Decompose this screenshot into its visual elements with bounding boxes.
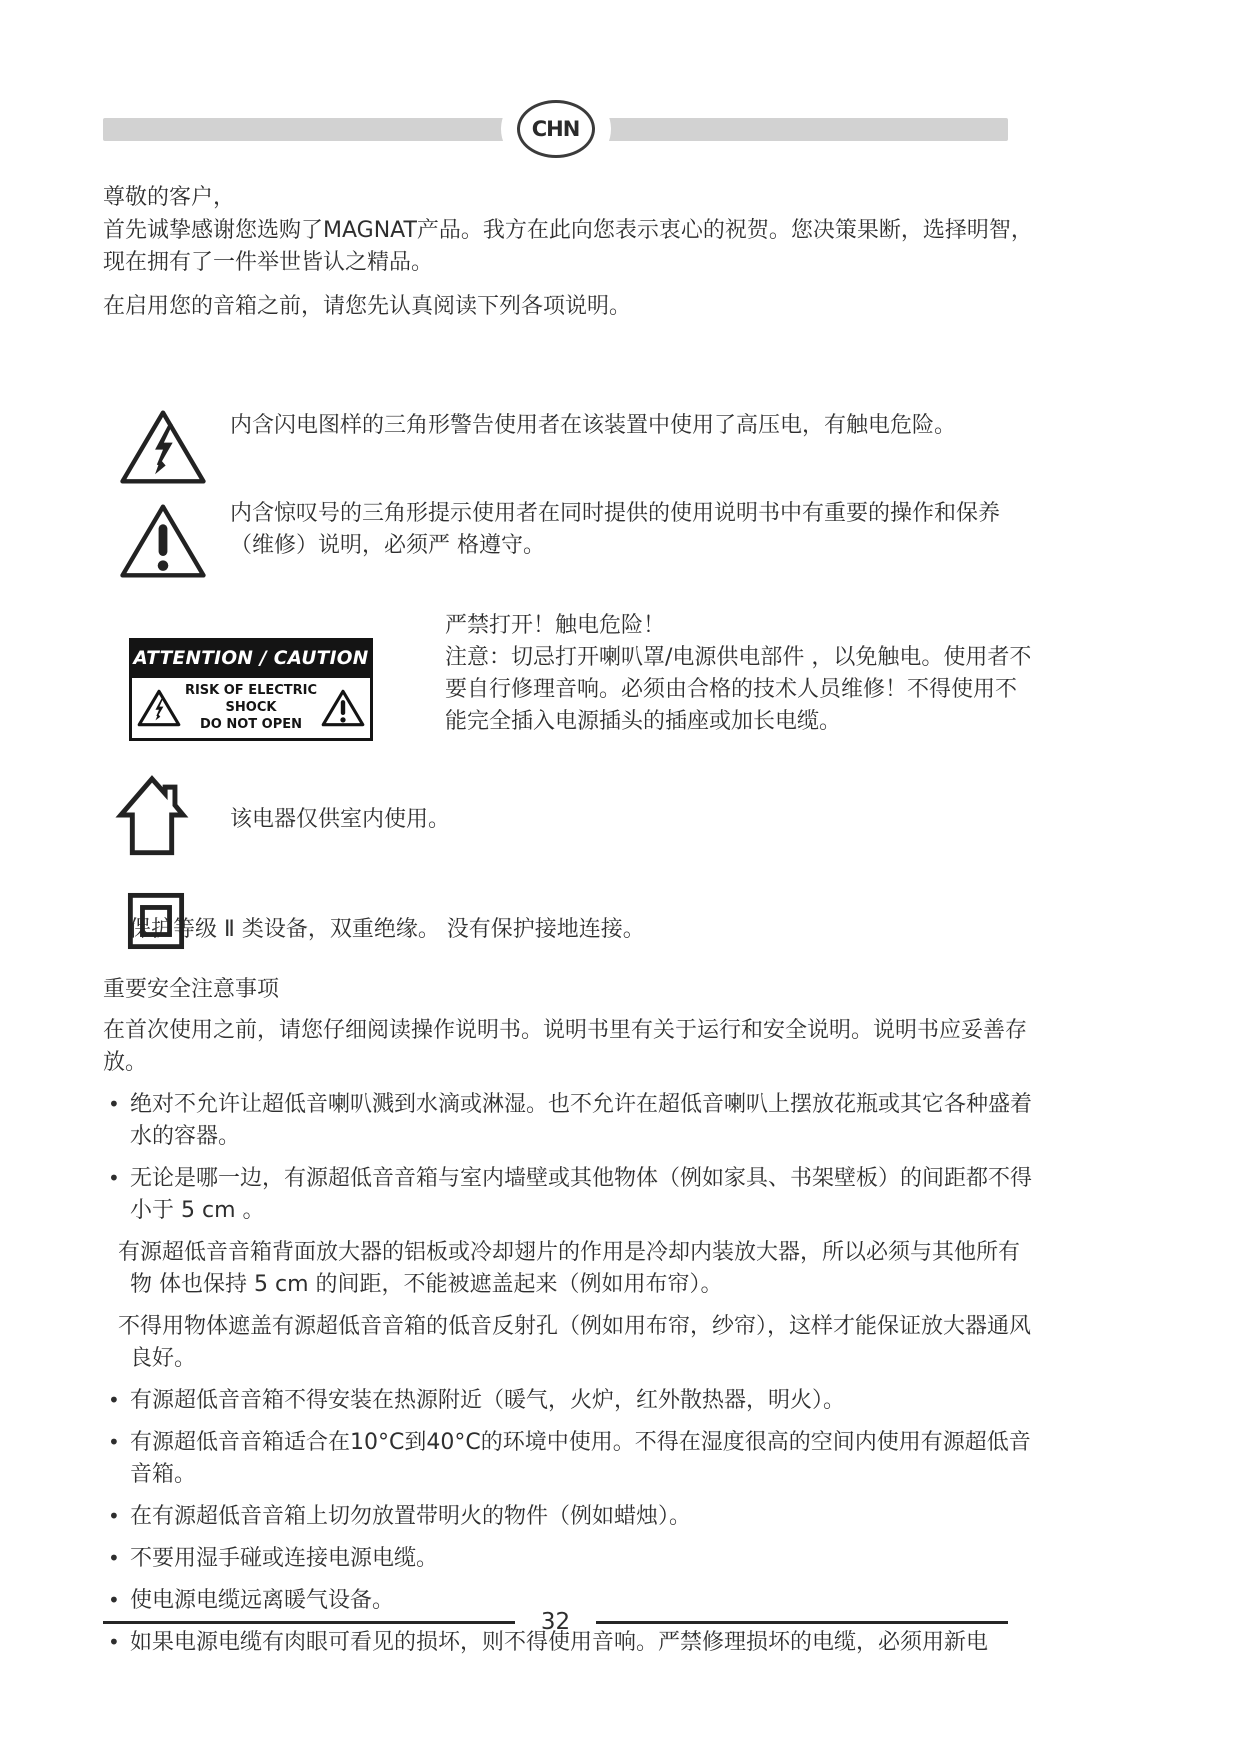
bullet-marker: • bbox=[108, 1088, 120, 1120]
house-icon bbox=[103, 772, 230, 858]
warning-text-exclamation: 内含惊叹号的三角形提示使用者在同时提供的使用说明书中有重要的操作和保养（维修）说… bbox=[230, 496, 1035, 562]
safety-list-item: •绝对不允许让超低音喇叭溅到水滴或淋湿。也不允许在超低音喇叭上摆放花瓶或其它各种… bbox=[103, 1089, 1035, 1153]
safety-section: 重要安全注意事项 在首次使用之前，请您仔细阅读操作说明书。说明书里有关于运行和安… bbox=[103, 974, 1035, 1659]
bullet-marker: • bbox=[108, 1426, 120, 1458]
caution-text-block: 严禁打开！触电危险！ 注意：切忌打开喇叭罩/电源供电部件 ，以免触电。使用者不要… bbox=[445, 610, 1035, 738]
bullet-marker: • bbox=[108, 1500, 120, 1532]
class2-section: 保护等级 Ⅱ 类设备，双重绝缘。 没有保护接地连接。 bbox=[103, 892, 1035, 956]
caution-box-title: ATTENTION / CAUTION bbox=[132, 641, 370, 678]
chn-language-badge: CHN bbox=[517, 100, 595, 158]
bullet-marker: • bbox=[108, 1162, 120, 1194]
lightning-triangle-icon bbox=[103, 408, 230, 486]
footer-rule-left bbox=[103, 1621, 515, 1624]
chn-badge-label: CHN bbox=[532, 117, 580, 141]
safety-list: •绝对不允许让超低音喇叭溅到水滴或淋湿。也不允许在超低音喇叭上摆放花瓶或其它各种… bbox=[103, 1089, 1035, 1659]
safety-list-item: •有源超低音音箱不得安装在热源附近（暖气，火炉，红外散热器，明火）。 bbox=[103, 1385, 1035, 1417]
footer-rule-right bbox=[596, 1621, 1008, 1624]
bullet-marker: • bbox=[108, 1384, 120, 1416]
warning-row-lightning: 内含闪电图样的三角形警告使用者在该装置中使用了高压电，有触电危险。 bbox=[103, 408, 1035, 486]
intro-section: 尊敬的客户， 首先诚挚感谢您选购了MAGNAT产品。我方在此向您表示衷心的祝贺。… bbox=[103, 182, 1035, 323]
caution-box-line1: RISK OF ELECTRIC SHOCK bbox=[181, 682, 321, 716]
exclamation-triangle-icon bbox=[321, 688, 365, 728]
caution-text-line2: 注意：切忌打开喇叭罩/电源供电部件 ，以免触电。使用者不要自行修理音响。必须由合… bbox=[445, 642, 1035, 738]
indoor-use-text: 该电器仅供室内使用。 bbox=[230, 772, 450, 836]
caution-box: ATTENTION / CAUTION RISK OF ELECTRIC SHO… bbox=[129, 638, 373, 741]
safety-list-item: •无论是哪一边，有源超低音音箱与室内墙壁或其他物体（例如家具、书架壁板）的间距都… bbox=[103, 1163, 1035, 1227]
double-square-class2-icon bbox=[127, 892, 185, 950]
header-bar: CHN bbox=[103, 118, 1008, 141]
intro-paragraph-1: 首先诚挚感谢您选购了MAGNAT产品。我方在此向您表示衷心的祝贺。您决策果断，选… bbox=[103, 215, 1035, 279]
caution-section: ATTENTION / CAUTION RISK OF ELECTRIC SHO… bbox=[103, 610, 1035, 741]
page-footer: 32 bbox=[103, 1606, 1008, 1638]
exclamation-triangle-icon bbox=[103, 496, 230, 580]
safety-intro: 在首次使用之前，请您仔细阅读操作说明书。说明书里有关于运行和安全说明。说明书应妥… bbox=[103, 1015, 1035, 1079]
warning-text-lightning: 内含闪电图样的三角形警告使用者在该装置中使用了高压电，有触电危险。 bbox=[230, 408, 1035, 442]
safety-list-item: 有源超低音音箱背面放大器的铝板或冷却翅片的作用是冷却内装放大器，所以必须与其他所… bbox=[103, 1237, 1035, 1301]
greeting-text: 尊敬的客户， bbox=[103, 182, 1035, 214]
intro-paragraph-2: 在启用您的音箱之前，请您先认真阅读下列各项说明。 bbox=[103, 291, 1035, 323]
bullet-marker: • bbox=[108, 1542, 120, 1574]
safety-list-item: 不得用物体遮盖有源超低音音箱的低音反射孔（例如用布帘，纱帘），这样才能保证放大器… bbox=[103, 1311, 1035, 1375]
page-number: 32 bbox=[541, 1606, 570, 1638]
indoor-use-section: 该电器仅供室内使用。 bbox=[103, 772, 1035, 858]
safety-title: 重要安全注意事项 bbox=[103, 974, 1035, 1006]
warning-row-exclamation: 内含惊叹号的三角形提示使用者在同时提供的使用说明书中有重要的操作和保养（维修）说… bbox=[103, 496, 1035, 580]
safety-list-item: •有源超低音音箱适合在10°C到40°C的环境中使用。不得在湿度很高的空间内使用… bbox=[103, 1427, 1035, 1491]
safety-list-item: •不要用湿手碰或连接电源电缆。 bbox=[103, 1543, 1035, 1575]
safety-list-item: •在有源超低音音箱上切勿放置带明火的物件（例如蜡烛）。 bbox=[103, 1501, 1035, 1533]
manual-page: CHN 尊敬的客户， 首先诚挚感谢您选购了MAGNAT产品。我方在此向您表示衷心… bbox=[0, 0, 1241, 1754]
caution-box-line2: DO NOT OPEN bbox=[181, 716, 321, 733]
lightning-triangle-icon bbox=[137, 688, 181, 728]
class2-text: 保护等级 Ⅱ 类设备，双重绝缘。 没有保护接地连接。 bbox=[129, 914, 645, 946]
caution-text-line1: 严禁打开！触电危险！ bbox=[445, 610, 1035, 642]
